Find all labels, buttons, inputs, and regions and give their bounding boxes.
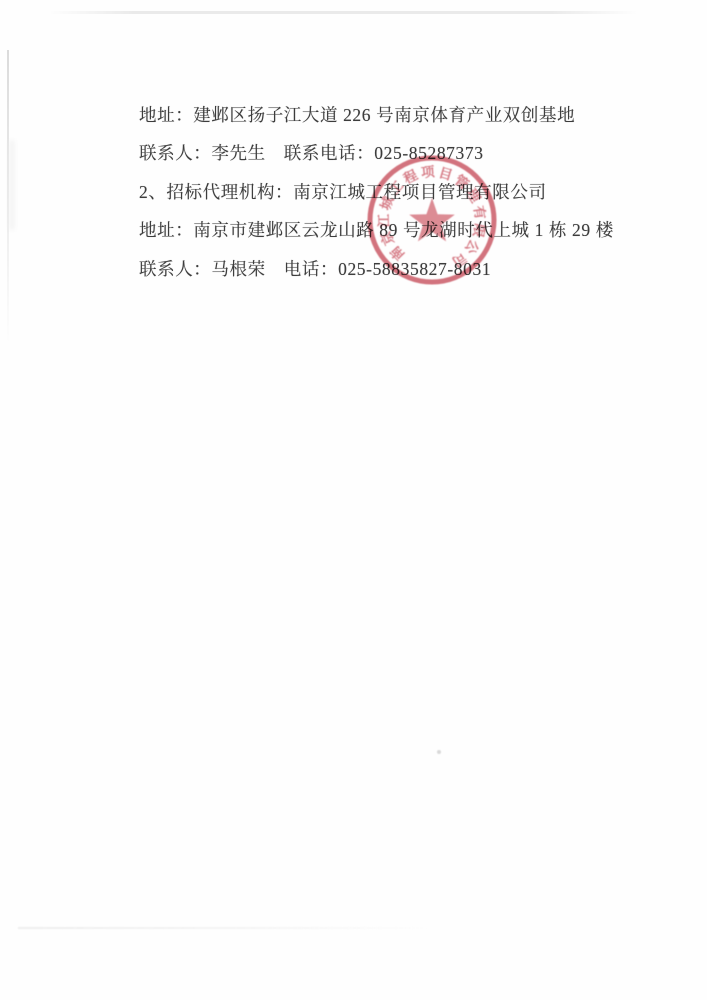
scan-edge-artifact-top	[48, 11, 638, 14]
svg-text:项: 项	[420, 163, 435, 180]
svg-text:司: 司	[449, 250, 469, 271]
scan-edge-artifact-left	[7, 50, 9, 345]
svg-text:有: 有	[471, 205, 489, 221]
seal-star-icon	[409, 198, 455, 241]
address-line-1: 地址：建邺区扬子江大道 226 号南京体育产业双创基地	[139, 96, 659, 134]
scan-edge-artifact-bottom	[18, 927, 438, 929]
scan-speck	[437, 750, 441, 754]
svg-text:城: 城	[377, 193, 397, 212]
svg-text:江: 江	[376, 213, 391, 228]
svg-text:限: 限	[470, 222, 488, 239]
svg-text:程: 程	[401, 166, 421, 187]
svg-text:目: 目	[437, 165, 454, 183]
scan-edge-artifact-left-soft	[9, 140, 15, 230]
svg-text:工: 工	[386, 177, 407, 197]
scanned-document-page: 地址：建邺区扬子江大道 226 号南京体育产业双创基地 联系人：李先生 联系电话…	[0, 0, 707, 1000]
svg-text:南: 南	[386, 243, 407, 264]
svg-text:理: 理	[464, 186, 484, 206]
seal-graphic: 南京江城工程项目管理有限公司	[357, 145, 507, 295]
svg-text:京: 京	[377, 229, 397, 248]
company-seal-stamp: 南京江城工程项目管理有限公司	[357, 145, 507, 295]
